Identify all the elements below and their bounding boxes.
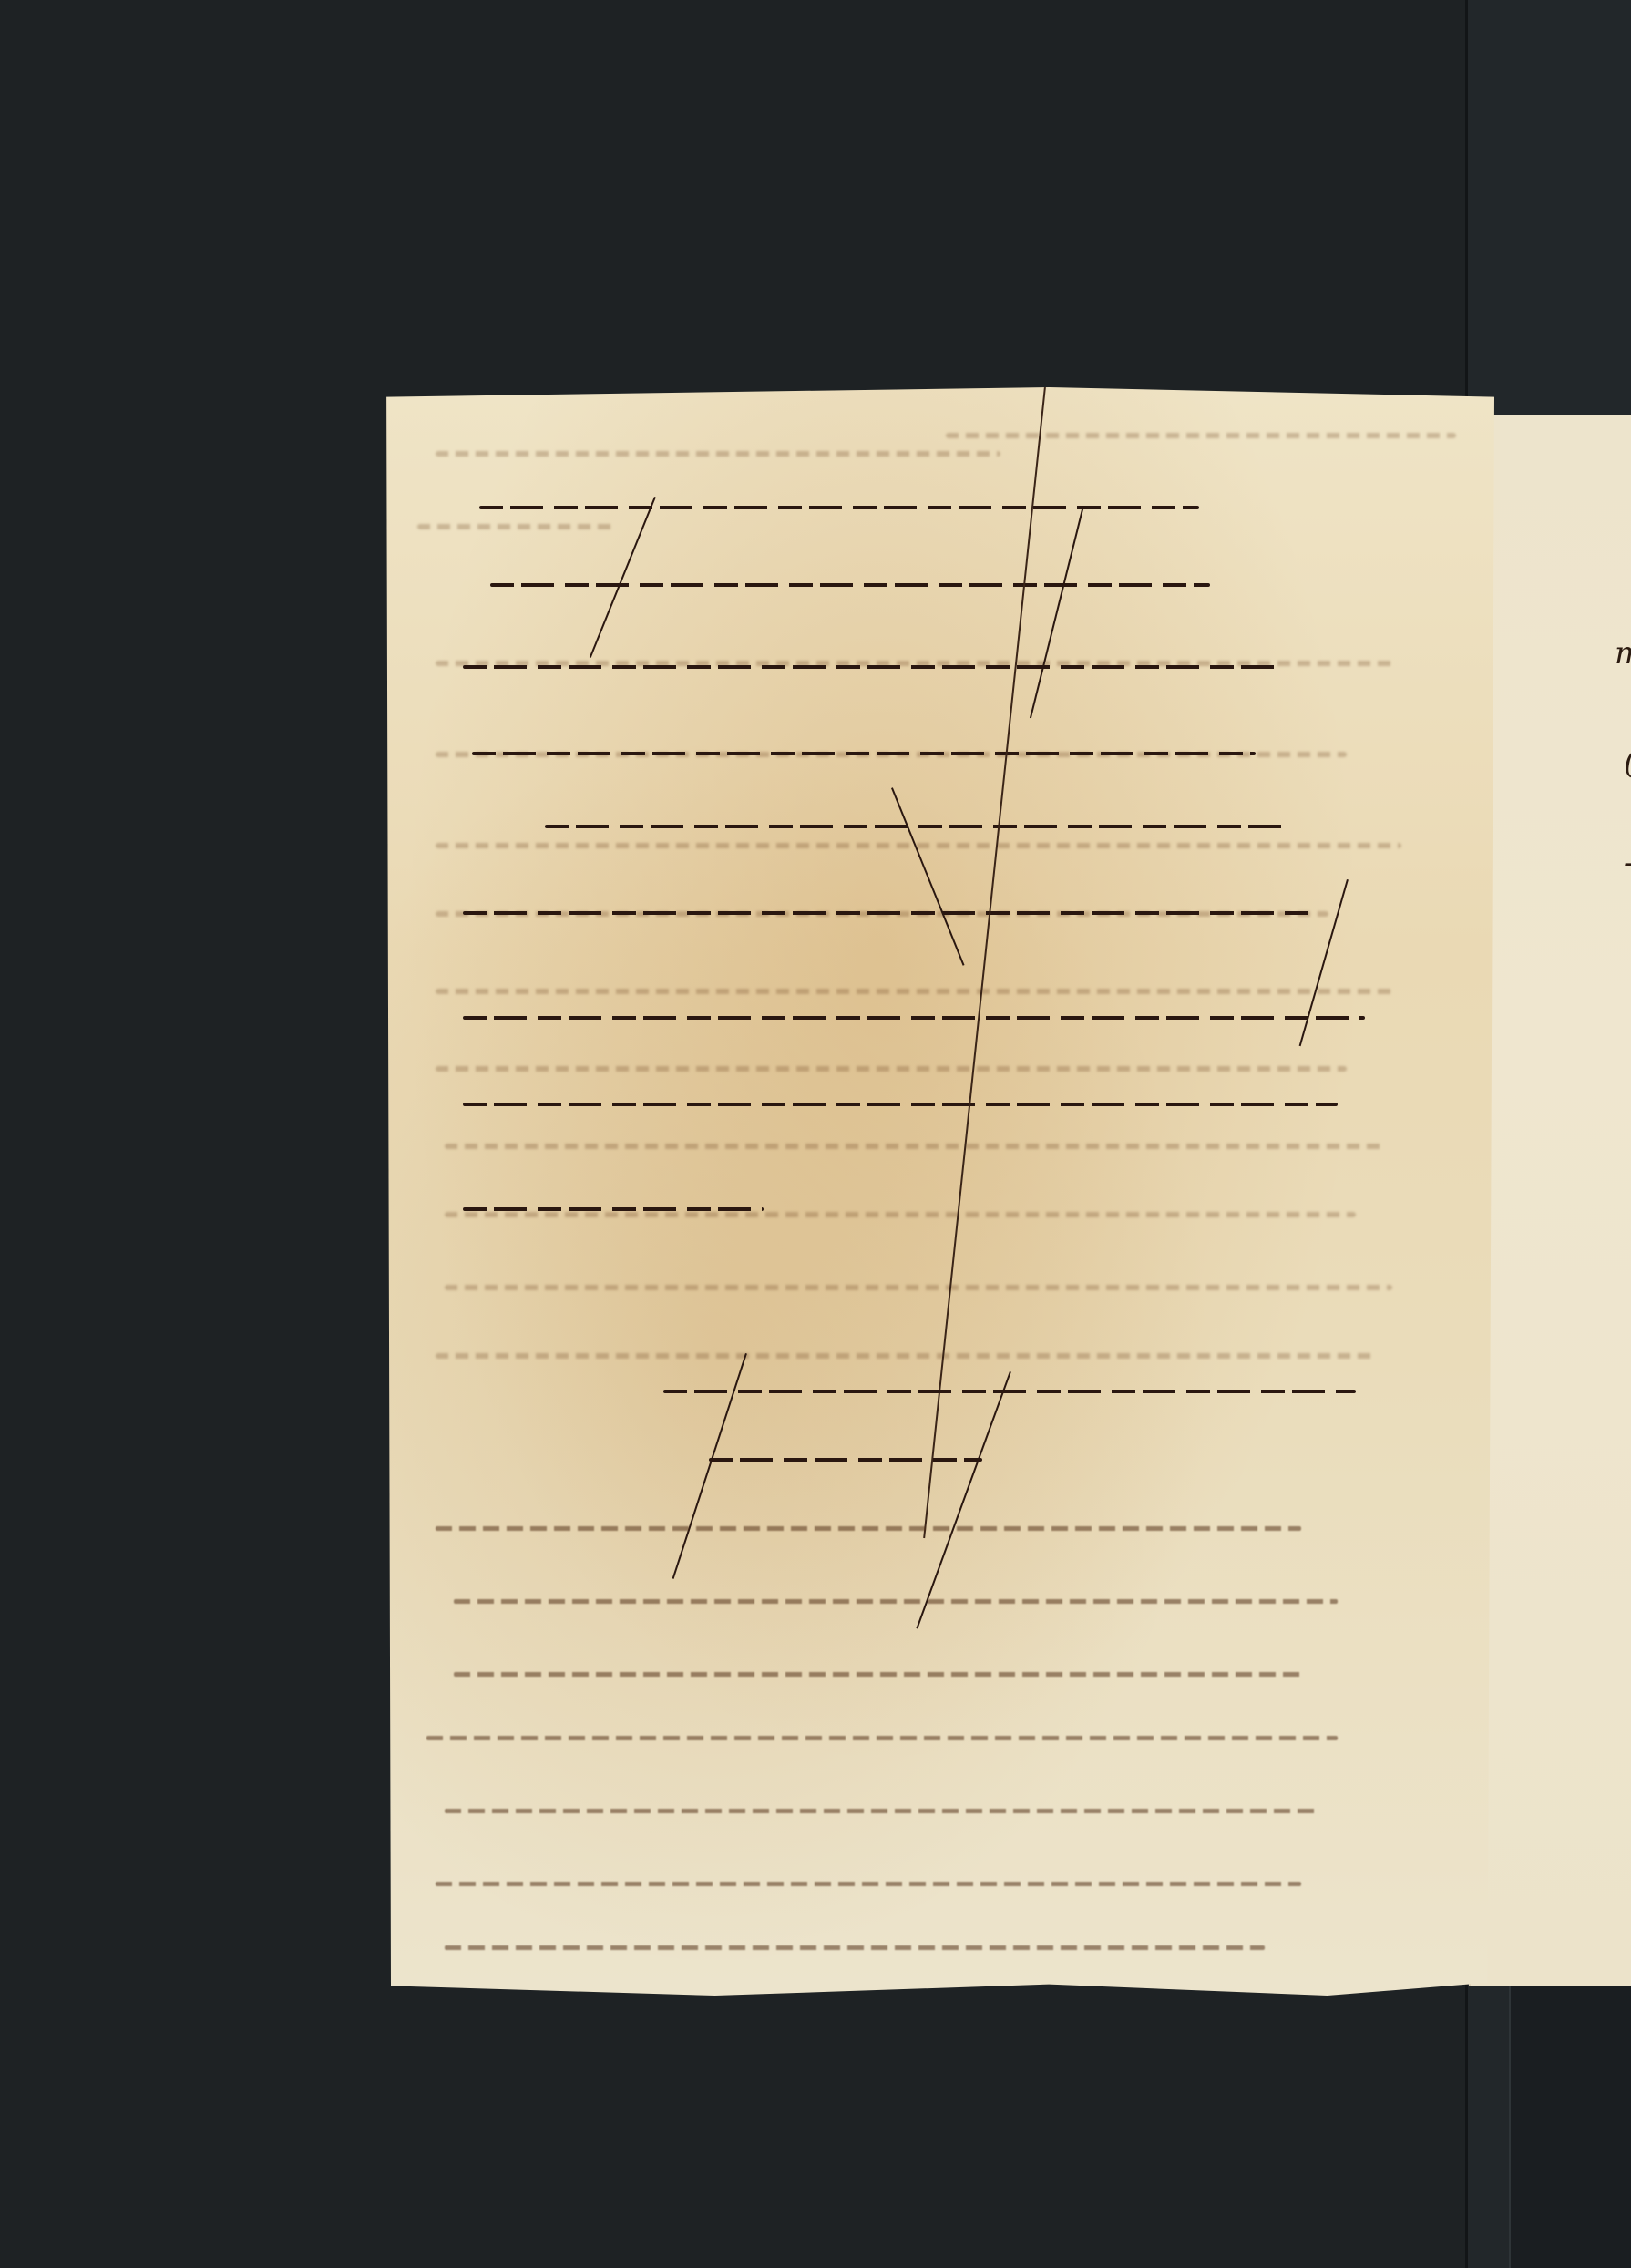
- text-line: [463, 1016, 1365, 1020]
- backdrop-panel-bottom-right: [1509, 1986, 1631, 2268]
- adjacent-fragment: m: [1615, 638, 1631, 669]
- diagonal-pen-stroke: [923, 369, 1047, 1538]
- text-line: [490, 583, 1210, 587]
- text-line: [545, 825, 1292, 828]
- adjacent-fragment: -: [1624, 847, 1631, 878]
- text-line: [463, 911, 1310, 915]
- signature-line: [663, 1390, 1356, 1393]
- manuscript-page: [381, 387, 1494, 1996]
- signature-line: [709, 1458, 982, 1462]
- text-line: [463, 1207, 764, 1211]
- text-line: [463, 665, 1283, 669]
- text-line: [463, 1103, 1338, 1106]
- text-line: [472, 752, 1256, 755]
- text-line: [479, 506, 1199, 509]
- document-description: Handwritten early-modern cursive text in…: [0, 0, 1, 1]
- adjacent-fragment: (: [1624, 747, 1631, 778]
